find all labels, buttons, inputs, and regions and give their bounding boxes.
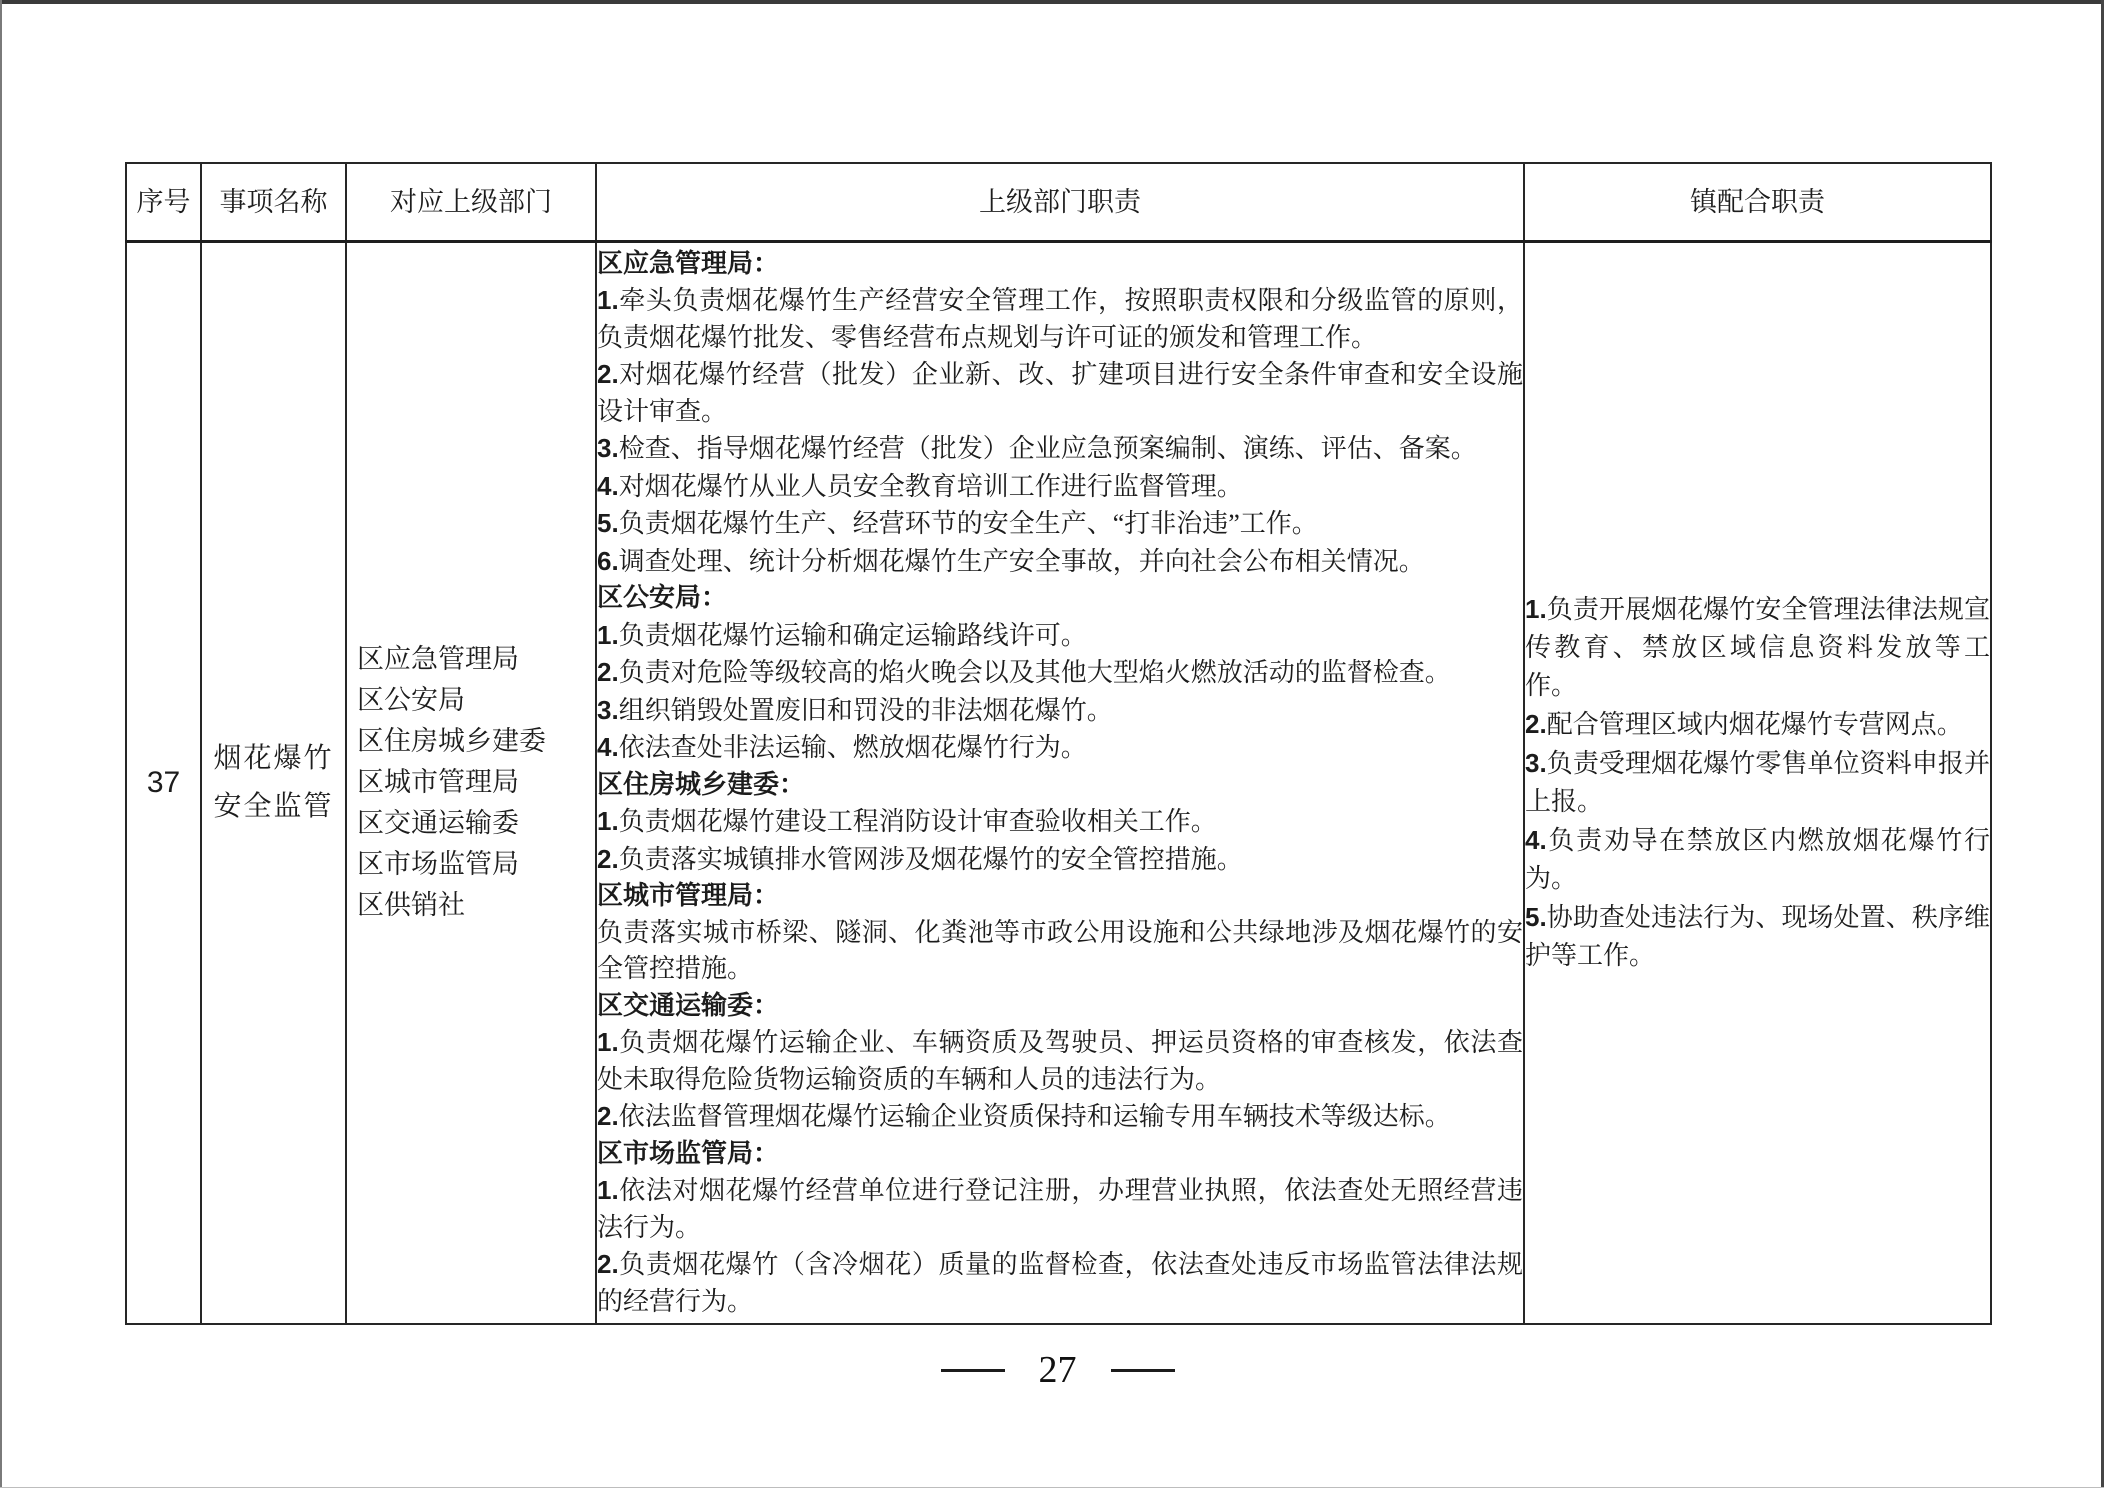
duty-paragraph: 5.负责烟花爆竹生产、经营环节的安全生产、“打非治违”工作。 [597,505,1523,543]
department-item: 区城市管理局 [347,762,595,803]
duty-paragraph: 6.调查处理、统计分析烟花爆竹生产安全事故，并向社会公布相关情况。 [597,543,1523,581]
header-superior-duties: 上级部门职责 [596,163,1524,241]
duty-paragraph: 1.负责烟花爆竹运输和确定运输路线许可。 [597,617,1523,655]
duty-paragraph: 4.对烟花爆竹从业人员安全教育培训工作进行监督管理。 [597,468,1523,506]
duty-paragraph: 2.对烟花爆竹经营（批发）企业新、改、扩建项目进行安全条件审查和安全设施设计审查… [597,356,1523,430]
department-item: 区住房城乡建委 [347,721,595,762]
page-number: 27 [1039,1344,1077,1396]
department-item: 区市场监管局 [347,844,595,885]
header-superior-departments: 对应上级部门 [346,163,596,241]
duty-paragraph: 1.负责烟花爆竹建设工程消防设计审查验收相关工作。 [597,803,1523,841]
town-duty-paragraph: 4.负责劝导在禁放区内燃放烟花爆竹行为。 [1525,821,1990,898]
page-number-dash [1111,1369,1175,1372]
town-duty-paragraph: 3.负责受理烟花爆竹零售单位资料申报并上报。 [1525,744,1990,821]
window-top-edge [0,0,2104,4]
duty-paragraph: 1.负责烟花爆竹运输企业、车辆资质及驾驶员、押运员资格的审查核发，依法查处未取得… [597,1024,1523,1098]
duty-paragraph: 1.依法对烟花爆竹经营单位进行登记注册，办理营业执照，依法查处无照经营违法行为。 [597,1172,1523,1246]
duty-paragraph: 负责落实城市桥梁、隧洞、化粪池等市政公用设施和公共绿地涉及烟花爆竹的安全管控措施… [597,915,1523,988]
page-number-dash [941,1369,1005,1372]
department-item: 区公安局 [347,680,595,721]
department-heading: 区应急管理局： [597,246,1523,283]
document-page: 序号 事项名称 对应上级部门 上级部门职责 镇配合职责 37 烟花爆竹 安全监管… [0,0,2104,1488]
town-duty-paragraph: 1.负责开展烟花爆竹安全管理法律法规宣传教育、禁放区域信息资料发放等工作。 [1525,590,1990,705]
duty-paragraph: 3.检查、指导烟花爆竹经营（批发）企业应急预案编制、演练、评估、备案。 [597,430,1523,468]
cell-seq: 37 [126,241,201,1324]
department-heading: 区公安局： [597,580,1523,617]
department-item: 区交通运输委 [347,803,595,844]
item-name-line: 安全监管 [202,783,345,831]
cell-item-name: 烟花爆竹 安全监管 [201,241,346,1324]
duty-paragraph: 1.牵头负责烟花爆竹生产经营安全管理工作，按照职责权限和分级监管的原则，负责烟花… [597,282,1523,356]
table-row: 37 烟花爆竹 安全监管 区应急管理局 区公安局 区住房城乡建委 区城市管理局 … [126,241,1991,1324]
town-duty-paragraph: 2.配合管理区域内烟花爆竹专营网点。 [1525,705,1990,744]
duty-paragraph: 2.负责落实城镇排水管网涉及烟花爆竹的安全管控措施。 [597,841,1523,879]
department-item: 区应急管理局 [347,639,595,680]
cell-superior-duties: 区应急管理局： 1.牵头负责烟花爆竹生产经营安全管理工作，按照职责权限和分级监管… [596,241,1524,1324]
duty-paragraph: 3.组织销毁处置废旧和罚没的非法烟花爆竹。 [597,692,1523,730]
department-heading: 区市场监管局： [597,1136,1523,1173]
page-number-block: 27 [125,1344,1990,1396]
header-seq: 序号 [126,163,201,241]
department-heading: 区城市管理局： [597,878,1523,915]
department-item: 区供销社 [347,885,595,926]
duties-table: 序号 事项名称 对应上级部门 上级部门职责 镇配合职责 37 烟花爆竹 安全监管… [125,162,1992,1325]
duty-paragraph: 4.依法查处非法运输、燃放烟花爆竹行为。 [597,729,1523,767]
duty-paragraph: 2.依法监督管理烟花爆竹运输企业资质保持和运输专用车辆技术等级达标。 [597,1098,1523,1136]
table-header-row: 序号 事项名称 对应上级部门 上级部门职责 镇配合职责 [126,163,1991,241]
window-left-edge [0,0,2,1488]
header-item-name: 事项名称 [201,163,346,241]
department-heading: 区交通运输委： [597,988,1523,1025]
duty-paragraph: 2.负责对危险等级较高的焰火晚会以及其他大型焰火燃放活动的监督检查。 [597,654,1523,692]
duty-paragraph: 2.负责烟花爆竹（含冷烟花）质量的监督检查，依法查处违反市场监管法律法规的经营行… [597,1246,1523,1320]
town-duty-paragraph: 5.协助查处违法行为、现场处置、秩序维护等工作。 [1525,898,1990,975]
department-heading: 区住房城乡建委： [597,767,1523,804]
cell-town-duties: 1.负责开展烟花爆竹安全管理法律法规宣传教育、禁放区域信息资料发放等工作。 2.… [1524,241,1991,1324]
cell-superior-departments: 区应急管理局 区公安局 区住房城乡建委 区城市管理局 区交通运输委 区市场监管局… [346,241,596,1324]
header-town-duties: 镇配合职责 [1524,163,1991,241]
item-name-line: 烟花爆竹 [202,735,345,783]
